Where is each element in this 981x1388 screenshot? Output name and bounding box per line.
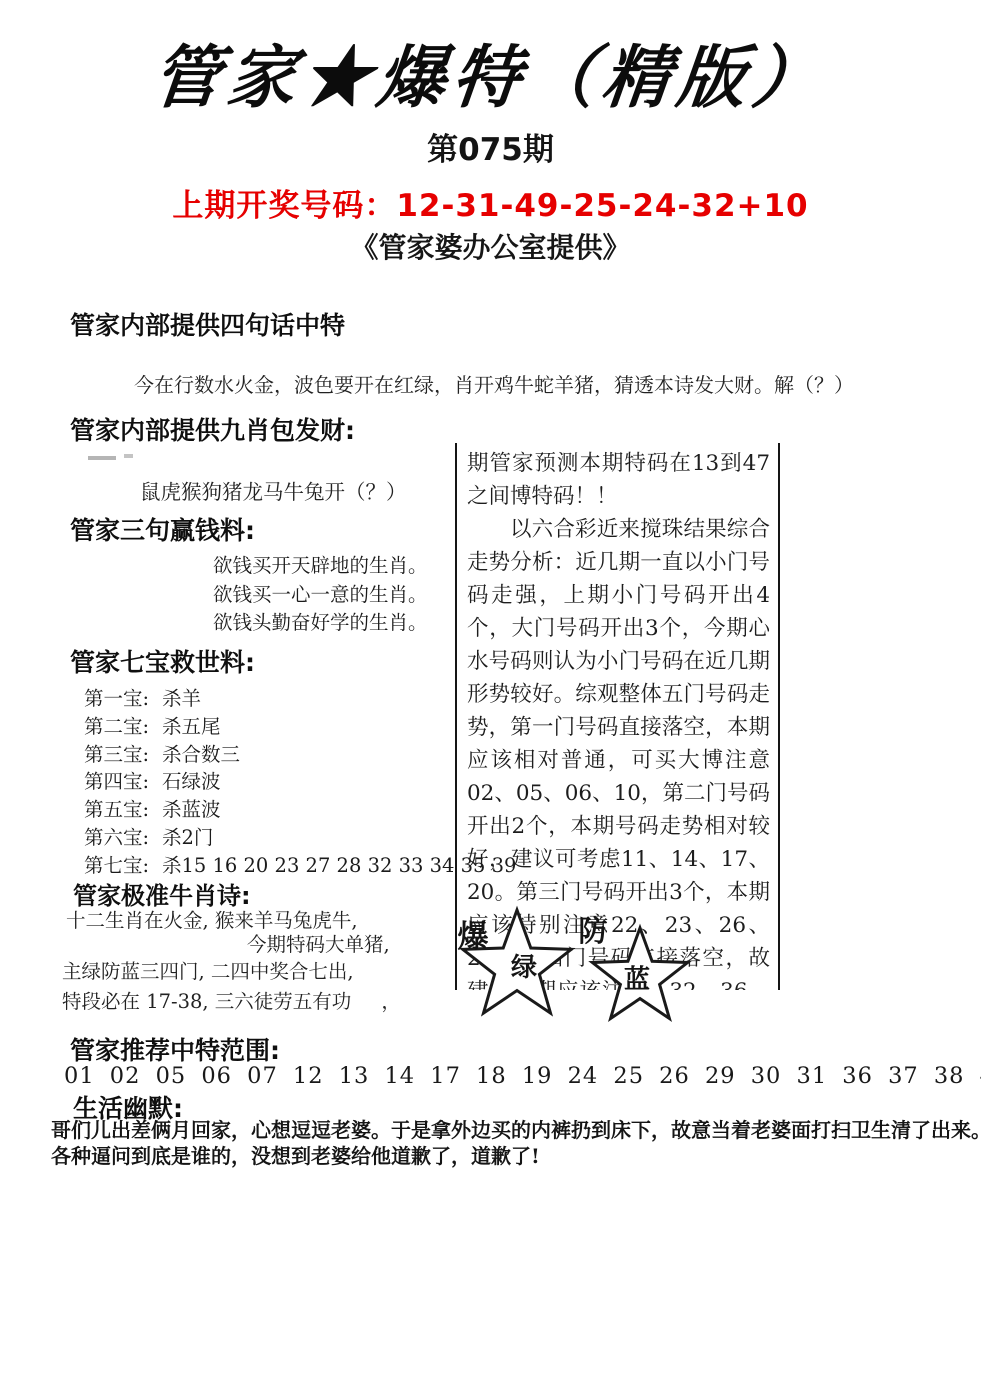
four-sentences-poem: 今在行数水火金，波色要开在红绿，肖开鸡牛蛇羊猪，猜透本诗发大财。解（？） [134, 369, 854, 398]
treasure-row: 第五宝:杀蓝波 [84, 796, 516, 824]
cow-poem-line-3: 主绿防蓝三四门, 二四中奖合七出, [62, 956, 354, 984]
green-label: 绿 [511, 953, 537, 983]
stars-figure: 爆 防 绿 蓝 [450, 901, 710, 1029]
treasure-label: 第四宝: [84, 768, 162, 796]
treasure-label: 第二宝: [84, 713, 162, 741]
three-sentences-line: 欲钱买一心一意的生肖。 [213, 581, 428, 610]
section-three-sentences-heading: 管家三句赢钱料: [70, 511, 255, 547]
treasure-value: 杀蓝波 [162, 798, 221, 821]
tip-sheet-page: 管家★爆特（精版） 第075期 上期开奖号码：12-31-49-25-24-32… [0, 0, 981, 1388]
section-seven-treasures-heading: 管家七宝救世料: [70, 643, 255, 679]
treasure-row: 第一宝:杀羊 [84, 685, 516, 713]
guard-label: 防 [578, 914, 607, 948]
treasure-label: 第一宝: [84, 685, 162, 713]
section-nine-zodiac-heading: 管家内部提供九肖包发财: [70, 411, 355, 447]
treasure-row: 第三宝:杀合数三 [84, 741, 516, 769]
faint-print-mark [88, 456, 116, 460]
three-sentences-line: 欲钱买开天辟地的生肖。 [213, 552, 428, 581]
provider-line: 《管家婆办公室提供》 [0, 226, 981, 266]
treasure-value: 杀合数三 [162, 743, 240, 766]
last-draw-numbers: 上期开奖号码：12-31-49-25-24-32+10 [0, 180, 981, 225]
treasure-value: 杀五尾 [162, 715, 221, 738]
treasure-value: 杀2门 [162, 826, 213, 849]
faint-print-mark [124, 454, 133, 458]
treasure-row: 第四宝:石绿波 [84, 768, 516, 796]
treasure-row: 第六宝:杀2门 [84, 824, 516, 852]
cow-poem-line-4: 特段必在 17-38, 三六徒劳五有功， [62, 986, 401, 1014]
humor-block: 哥们儿出差俩月回家，心想逗逗老婆。于是拿外边买的内裤扔到床下，故意当着老婆面打扫… [51, 1117, 951, 1169]
cow-poem-line-4-text: 特段必在 17-38, 三六徒劳五有功 [62, 990, 351, 1013]
page-title: 管家★爆特（精版） [0, 24, 981, 121]
cow-poem-trailing-comma: ， [381, 990, 401, 1013]
nine-zodiac-line: 鼠虎猴狗猪龙马牛兔开（？） [140, 475, 407, 505]
treasure-label: 第六宝: [84, 824, 162, 852]
issue-number: 第075期 [0, 124, 981, 169]
treasure-row: 第二宝:杀五尾 [84, 713, 516, 741]
three-sentences-line: 欲钱头勤奋好学的生肖。 [213, 609, 428, 638]
humor-line-1: 哥们儿出差俩月回家，心想逗逗老婆。于是拿外边买的内裤扔到床下，故意当着老婆面打扫… [51, 1117, 951, 1143]
section-four-sentences-heading: 管家内部提供四句话中特 [70, 306, 345, 342]
treasure-value: 石绿波 [162, 770, 221, 793]
seven-treasures-list: 第一宝:杀羊 第二宝:杀五尾 第三宝:杀合数三 第四宝:石绿波 第五宝:杀蓝波 … [84, 685, 516, 880]
treasure-label: 第三宝: [84, 741, 162, 769]
blue-label: 蓝 [624, 964, 650, 995]
section-recommend-heading: 管家推荐中特范围: [70, 1031, 280, 1067]
humor-line-2: 各种逼问到底是谁的，没想到老婆给他道歉了，道歉了! [51, 1143, 951, 1169]
cow-poem-line-2: 今期特码大单猪, [247, 929, 390, 957]
analysis-paragraph-1: 期管家预测本期特码在13到47之间博特码！！ [467, 447, 770, 513]
three-sentences-list: 欲钱买开天辟地的生肖。 欲钱买一心一意的生肖。 欲钱头勤奋好学的生肖。 [213, 552, 428, 638]
recommend-numbers: 01 02 05 06 07 12 13 14 17 18 19 24 25 2… [64, 1063, 981, 1089]
treasure-label: 第五宝: [84, 796, 162, 824]
burst-label: 爆 [458, 919, 489, 955]
treasure-value: 杀羊 [162, 687, 201, 710]
